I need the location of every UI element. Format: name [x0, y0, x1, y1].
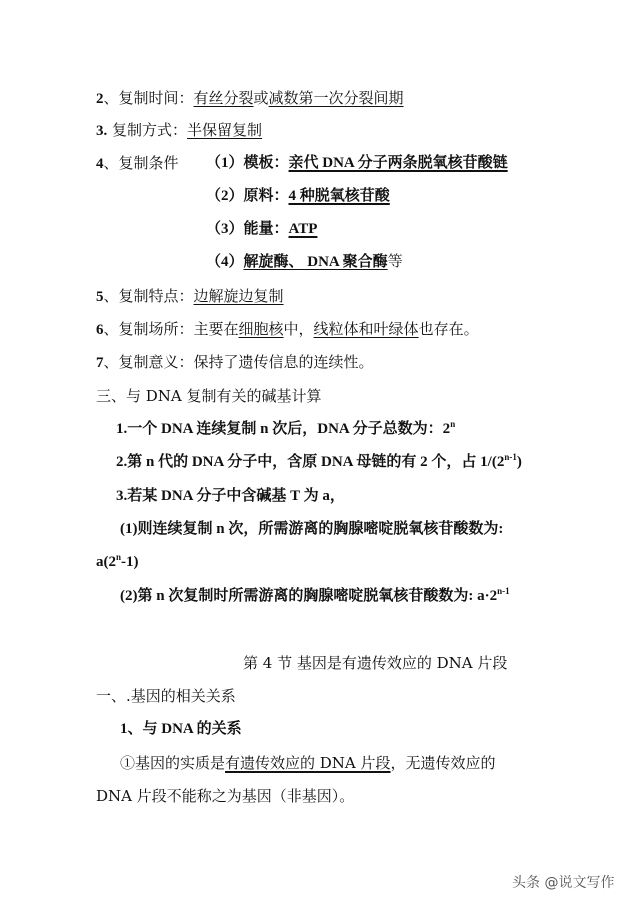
item-number: 6: [96, 322, 104, 338]
subheading-dna-relation: 1、与 DNA 的关系: [120, 719, 242, 739]
condition-label: （1）模板：: [206, 155, 289, 171]
tail: 等: [388, 254, 403, 270]
label: 复制方式：: [107, 121, 187, 139]
replication-conditions-line: 4、复制条件: [96, 153, 179, 174]
label: 、复制场所：主要在: [104, 320, 239, 338]
label: 、复制条件: [104, 154, 179, 172]
item-number: 2: [96, 91, 104, 107]
answer-energy: ATP: [289, 221, 318, 237]
answer-template: 亲代 DNA 分子两条脱氧核苷酸链: [289, 155, 508, 171]
item-number: 3.: [96, 123, 107, 139]
item-number: 4: [96, 156, 104, 172]
condition-label: （3）能量：: [206, 221, 289, 237]
answer-semiconservative: 半保留复制: [187, 121, 262, 139]
label: 、复制特点：: [104, 287, 194, 305]
calc-text: 1.一个 DNA 连续复制 n 次后，DNA 分子总数为：2: [116, 421, 450, 437]
replication-site-line: 6、复制场所：主要在细胞核中，线粒体和叶绿体也存在。: [96, 319, 479, 340]
answer-nucleus: 细胞核: [239, 320, 284, 338]
label: 、复制意义：保持了遗传信息的连续性。: [104, 353, 374, 371]
replication-feature-line: 5、复制特点：边解旋边复制: [96, 286, 284, 307]
calc-text: (2)第 n 次复制时所需游离的胸腺嘧啶脱氧核苷酸数为: a·2: [120, 588, 497, 604]
condition-enzymes: （4）解旋酶、 DNA 聚合酶等: [206, 252, 403, 272]
answer-organelles: 线粒体和叶绿体: [314, 320, 419, 338]
gene-essence-line: ①基因的实质是有遗传效应的 DNA 片段，无遗传效应的: [120, 753, 496, 773]
connector: 中，: [284, 320, 314, 338]
label: 、复制时间：: [104, 89, 194, 107]
exponent: n: [450, 419, 455, 429]
pre-text: ①基因的实质是: [120, 754, 225, 772]
answer-feature: 边解旋边复制: [194, 287, 284, 305]
condition-material: （2）原料：4 种脱氧核苷酸: [206, 186, 390, 206]
calc-item-3-1: (1)则连续复制 n 次，所需游离的胸腺嘧啶脱氧核苷酸数为:: [120, 519, 503, 539]
replication-meaning-line: 7、复制意义：保持了遗传信息的连续性。: [96, 352, 374, 373]
connector: 或: [254, 89, 269, 107]
calc-text: 2.第 n 代的 DNA 分子中，含原 DNA 母链的有 2 个，占 1/(2: [116, 454, 504, 470]
item-number: 7: [96, 355, 104, 371]
calc-item-2: 2.第 n 代的 DNA 分子中，含原 DNA 母链的有 2 个，占 1/(2n…: [116, 452, 522, 472]
answer-gene-essence: 有遗传效应的 DNA 片段: [225, 754, 391, 772]
condition-label: （4）: [206, 254, 244, 270]
watermark: 头条 @说文写作: [512, 872, 614, 892]
tail: ): [517, 454, 522, 470]
calc-item-3: 3.若某 DNA 分子中含碱基 T 为 a，: [116, 486, 345, 506]
answer-material: 4 种脱氧核苷酸: [289, 188, 390, 204]
tail: -1): [121, 554, 139, 570]
section-title-4: 第 4 节 基因是有遗传效应的 DNA 片段: [243, 653, 507, 673]
exponent: n-1: [497, 586, 510, 596]
condition-energy: （3）能量：ATP: [206, 219, 317, 239]
item-number: 5: [96, 289, 104, 305]
tail: 也存在。: [419, 320, 479, 338]
calc-text: a(2: [96, 554, 116, 570]
condition-label: （2）原料：: [206, 188, 289, 204]
condition-template: （1）模板：亲代 DNA 分子两条脱氧核苷酸链: [206, 153, 508, 173]
answer-enzymes: 解旋酶、 DNA 聚合酶: [244, 254, 388, 270]
heading-gene-relations: 一、.基因的相关关系: [96, 686, 236, 706]
exponent: n-1: [504, 452, 517, 462]
gene-essence-continuation: DNA 片段不能称之为基因（非基因）。: [96, 786, 354, 806]
answer-meiosis: 减数第一次分裂间期: [269, 89, 404, 107]
replication-mode-line: 3. 复制方式：半保留复制: [96, 120, 262, 141]
replication-time-line: 2、复制时间：有丝分裂或减数第一次分裂间期: [96, 88, 404, 109]
calc-item-3-2: (2)第 n 次复制时所需游离的胸腺嘧啶脱氧核苷酸数为: a·2n-1: [120, 586, 510, 606]
tail: ，无遗传效应的: [391, 754, 496, 772]
answer-mitosis: 有丝分裂: [194, 89, 254, 107]
calc-item-3-1-result: a(2n-1): [96, 552, 139, 572]
section-heading-base-calc: 三、与 DNA 复制有关的碱基计算: [96, 386, 322, 406]
calc-item-1: 1.一个 DNA 连续复制 n 次后，DNA 分子总数为：2n: [116, 419, 455, 439]
